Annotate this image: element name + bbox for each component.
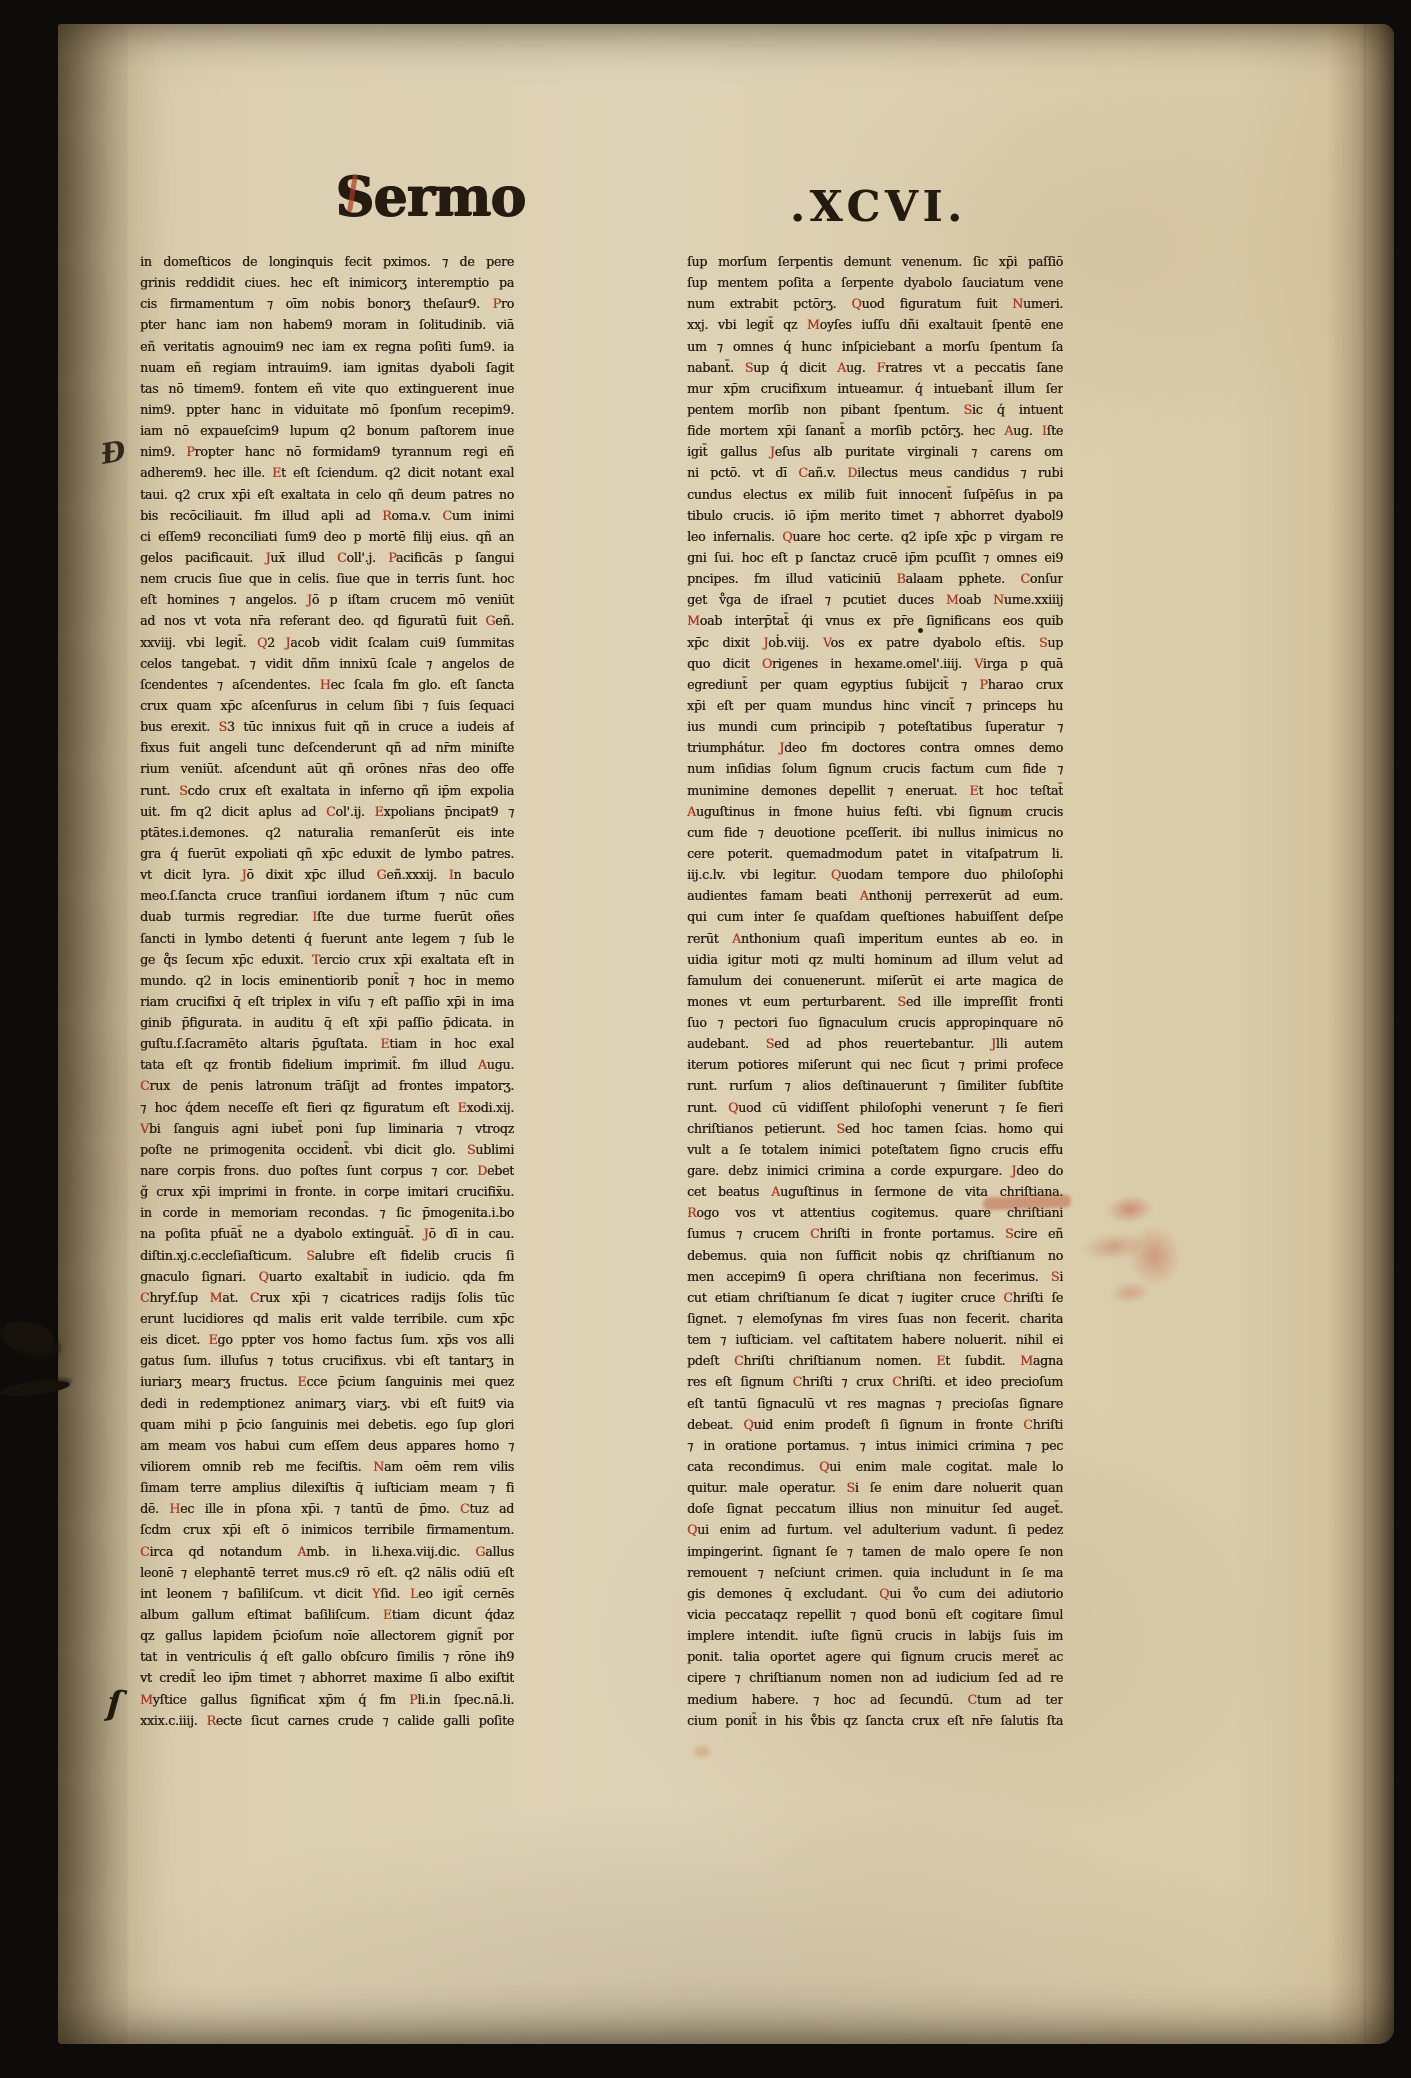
text-line: nuam eñ regiam intrauim9. iam ignitas dy… [140, 357, 514, 378]
text-line: quam mihi p p̄cio ſanguinis mei debetis.… [140, 1414, 514, 1435]
text-line: in corde in memoriam recondas. ⁊ ſic p̄m… [140, 1202, 514, 1223]
text-line: ius mundi cum principib ⁊ poteſtatibus ſ… [687, 716, 1063, 737]
text-line: xxviij. vbi legit̄. Q2 Jacob vidit ſcala… [140, 632, 514, 653]
text-line: ⁊ in oratione portamus. ⁊ intus inimici … [687, 1435, 1063, 1456]
text-line: rerūt Anthonium quaſi imperitum euntes a… [687, 928, 1063, 949]
text-line: men accepim9 ſi opera chriſtiana non fec… [687, 1266, 1063, 1287]
text-line: Circa qd notandum Amb. in li.hexa.viij.d… [140, 1541, 514, 1562]
text-line: ginib p̄figurata. in auditu q̄ eſt xp̄i … [140, 1012, 514, 1033]
text-line: bis recōciliauit. fm illud apli ad Roma.… [140, 505, 514, 526]
text-line: grinis reddidit ciues. hec eſt inimicorʒ… [140, 272, 514, 293]
text-line: gelos pacificauit. Jux̄ illud Coll'.j. P… [140, 547, 514, 568]
text-line: doſe ſignat peccatum illius non minuitur… [687, 1498, 1063, 1519]
text-line: qz gallus lapidem p̄cioſum noīe allector… [140, 1625, 514, 1646]
text-line: debeat. Quid enim prodeſt ſi ſignum in f… [687, 1414, 1063, 1435]
page-fore-edge [1328, 24, 1394, 2044]
text-line: diſtin.xj.c.eccleſiaſticum. Salubre eſt … [140, 1245, 514, 1266]
text-line: erunt lucidiores qd malis erit valde ter… [140, 1308, 514, 1329]
text-line: vicia peccataqz repellit ⁊ quod bonū eſt… [687, 1604, 1063, 1625]
text-line: ad nos vt vota nr̄a referant deo. qd fig… [140, 610, 514, 631]
text-line: in domeſticos de longinquis fecit pximos… [140, 251, 514, 272]
ink-blot-1 [0, 1315, 57, 1359]
text-line: gatus ſum. illuſus ⁊ totus crucifixus. v… [140, 1350, 514, 1371]
text-line: nare corpis frons. duo poſtes ſunt corpu… [140, 1160, 514, 1181]
text-line: mones vt eum perturbarent. Sed ille impr… [687, 991, 1063, 1012]
text-line: nim9. Propter hanc nō formidam9 tyrannum… [140, 441, 514, 462]
text-line: ſimam terre amplius dilexiſtis q̄ iuſtic… [140, 1477, 514, 1498]
text-line: audebant. Sed ad phos reuertebantur. Jll… [687, 1033, 1063, 1054]
text-line: riam crucifixi q̄ eſt triplex in viſu ⁊ … [140, 991, 514, 1012]
text-line: xxix.c.iiij. Recte ſicut carnes crude ⁊ … [140, 1710, 514, 1731]
text-line: am meam vos habui cum eſſem deus appares… [140, 1435, 514, 1456]
text-line: album gallum eſtimat baſiliſcum. Etiam d… [140, 1604, 514, 1625]
text-line: ſuo ⁊ pectori ſuo ſignaculum crucis appr… [687, 1012, 1063, 1033]
text-line: xxj. vbi legit̄ qz Moyſes iuſſu dñi exal… [687, 314, 1063, 335]
text-line: num inſidias ſolum ſignum crucis factum … [687, 758, 1063, 779]
text-line: vult a ſe totalem inimici poteſtatem ſig… [687, 1139, 1063, 1160]
text-line: eſt homines ⁊ angelos. Jō p iſtam crucem… [140, 589, 514, 610]
text-line: ptātes.i.demones. q2 naturalia remanſerū… [140, 822, 514, 843]
text-line: remouent ⁊ neſciunt crimen. quia includu… [687, 1562, 1063, 1583]
text-line: ğ crux xp̄i imprimi in fronte. in corpe … [140, 1181, 514, 1202]
text-line: adherem9. hec ille. Et eſt ſciendum. q2 … [140, 462, 514, 483]
text-line: cipere ⁊ chriſtianum nomen non ad iudici… [687, 1667, 1063, 1688]
text-line: nem crucis ſiue que in celis. ſiue que i… [140, 568, 514, 589]
text-line: pentem morſib non pibant ſpentum. Sic q́… [687, 399, 1063, 420]
text-line: iterum potiores miſerunt qui nec ſicut ⁊… [687, 1054, 1063, 1075]
text-line: tas nō timem9. fontem eñ vite quo exting… [140, 378, 514, 399]
text-line: iij.c.lv. vbi legitur. Quodam tempore du… [687, 864, 1063, 885]
text-line: qui cum inter ſe quaſdam queſtiones habu… [687, 906, 1063, 927]
text-line: ſup mentem poſita a ſerpente dyabolo ſau… [687, 272, 1063, 293]
text-line: munimine demones depellit ⁊ eneruat. Et … [687, 780, 1063, 801]
text-line: na poſita pfuāt̄ ne a dyabolo extinguāt̄… [140, 1223, 514, 1244]
text-line: gnaculo ſignari. Quarto exaltabit̄ in iu… [140, 1266, 514, 1287]
text-line: cut etiam chriſtianum ſe dicat ⁊ iugiter… [687, 1287, 1063, 1308]
text-line: nim9. ppter hanc in viduitate mō ſponſum… [140, 399, 514, 420]
text-line: tem ⁊ iuſticiam. vel caſtitatem habere n… [687, 1329, 1063, 1350]
text-line: tata eſt qz frontib fidelium imprimit̄. … [140, 1054, 514, 1075]
text-line: res eſt ſignum Chriſti ⁊ crux Chriſti. e… [687, 1371, 1063, 1392]
text-line: triumphátur. Jdeo fm doctores contra omn… [687, 737, 1063, 758]
text-line: ge q̊s ſecum xp̄c eduxit. Tercio crux xp… [140, 949, 514, 970]
text-line: pdeſt Chriſti chriſtianum nomen. Et ſubd… [687, 1350, 1063, 1371]
text-line: eſt tantū ſignaculū vt res magnas ⁊ prec… [687, 1393, 1063, 1414]
text-line: ſcendentes ⁊ aſcendentes. Hec ſcala fm g… [140, 674, 514, 695]
text-line: audientes famam beati Anthonij perrexerū… [687, 885, 1063, 906]
text-line: ponit. talia oportet agere qui ſignum cr… [687, 1646, 1063, 1667]
text-line: Myſtice gallus ſignificat xp̄m q́ fm Pli… [140, 1689, 514, 1710]
text-line: ſup morſum ſerpentis demunt venenum. ſic… [687, 251, 1063, 272]
text-line: Vbi ſanguis agni iubet̄ poni ſup liminar… [140, 1118, 514, 1139]
text-line: uidia igitur moti qz multi hominum ad il… [687, 949, 1063, 970]
text-line: xp̄i eſt per quam mundus hinc vincit̄ ⁊ … [687, 695, 1063, 716]
text-line: Chryf.ſup Mat. Crux xp̄i ⁊ cicatrices ra… [140, 1287, 514, 1308]
text-line: impingerint. ſignant ſe ⁊ tamen de malo … [687, 1541, 1063, 1562]
text-line: chriſtianos petierunt. Sed hoc tamen ſci… [687, 1118, 1063, 1139]
text-line: eñ veritatis agnouim9 nec iam ex regna p… [140, 336, 514, 357]
text-column-left: in domeſticos de longinquis fecit pximos… [140, 251, 514, 1731]
text-line: dedi in redemptionez animarʒ viarʒ. vbi … [140, 1393, 514, 1414]
text-line: famulum dei conuenerunt. miſerūt ei arte… [687, 970, 1063, 991]
paper-stain-2 [694, 1746, 710, 1757]
text-line: debemus. quia non ſufficit nobis qz chri… [687, 1245, 1063, 1266]
text-line: pncipes. fm illud vaticiniū Balaam pphet… [687, 568, 1063, 589]
text-line: cere poterit. quemadmodum patet in vitaſ… [687, 843, 1063, 864]
text-line: iam nō expaueſcim9 lupum q2 bonum paſtor… [140, 420, 514, 441]
text-line: duab turmis regrediar. Iſte due turme fu… [140, 906, 514, 927]
running-title: Sermo [335, 164, 525, 228]
text-line: gni ſui. hoc eſt p ſanctaz crucē ip̄m pc… [687, 547, 1063, 568]
text-line: ci eſſem9 reconciliati ſum9 deo p mortē … [140, 526, 514, 547]
text-line: leo infernalis. Quare hoc certe. q2 ipſe… [687, 526, 1063, 547]
ink-speck [918, 628, 923, 633]
text-line: get v̊ga de iſrael ⁊ pcutiet duces Moab … [687, 589, 1063, 610]
text-line: Qui enim ad furtum. vel adulterium vadun… [687, 1519, 1063, 1540]
text-line: fixus fuit angeli tunc deſcenderunt qñ a… [140, 737, 514, 758]
text-line: ⁊ hoc q́dem neceſſe eſt fieri qz figurat… [140, 1097, 514, 1118]
text-line: celos tangebat. ⁊ vidit dñm innixū ſcale… [140, 653, 514, 674]
text-line: pter hanc iam non habem9 moram in ſolitu… [140, 314, 514, 335]
text-line: vt credit̄ leo ip̄m timet ⁊ abhorret max… [140, 1667, 514, 1688]
text-line: egrediunt̄ per quam egyptius ſubijcit̄ ⁊… [687, 674, 1063, 695]
text-line: medium habere. ⁊ hoc ad ſecundū. Ctum ad… [687, 1689, 1063, 1710]
text-line: poſte ne primogenita occident̄. vbi dici… [140, 1139, 514, 1160]
text-line: eis dicet. Ego ppter vos homo factus ſum… [140, 1329, 514, 1350]
text-line: dē. Hec ille in pſona xp̄i. ⁊ tantū de p… [140, 1498, 514, 1519]
paper-stain-1 [999, 810, 1008, 817]
text-line: gra q́ fuerūt expoliati qñ xp̄c eduxit d… [140, 843, 514, 864]
text-line: crux quam xp̄c aſcenſurus in celum ſibi … [140, 695, 514, 716]
text-line: runt. Quod cū vidiſſent philoſophi vener… [687, 1097, 1063, 1118]
text-column-right: ſup morſum ſerpentis demunt venenum. ſic… [687, 251, 1063, 1731]
text-line: gis demones q̄ excludant. Qui v̊o cum de… [687, 1583, 1063, 1604]
text-line: viliorem omnib reb me feciſtis. Nam oēm … [140, 1456, 514, 1477]
text-line: ſcdm crux xp̄i eſt ō inimicos terribile … [140, 1519, 514, 1540]
text-line: rium veniūt. aſcendunt aūt qñ orōnes nr̄… [140, 758, 514, 779]
text-line: xp̄c dixit Joḃ.viij. Vos ex patre dyabol… [687, 632, 1063, 653]
text-line: quo dicit Origenes in hexame.omel'.iiij.… [687, 653, 1063, 674]
text-line: tat in ventriculis q́ eſt gallo obſcuro … [140, 1646, 514, 1667]
text-line: quitur. male operatur. Si ſe enim dare n… [687, 1477, 1063, 1498]
text-line: fide mortem xp̄i ſanant̄ a morſib pctōrʒ… [687, 420, 1063, 441]
text-line: int leonem ⁊ baſiliſcum. vt dicit Yſid. … [140, 1583, 514, 1604]
text-line: ſumus ⁊ crucem Chriſti in fronte portamu… [687, 1223, 1063, 1244]
text-line: meo.ſ.ſancta cruce tranſiui iordanem iſt… [140, 885, 514, 906]
text-line: implere intendit. iuſte ſignū crucis in … [687, 1625, 1063, 1646]
text-line: cis firmamentum ⁊ oīm nobis bonorʒ theſa… [140, 293, 514, 314]
folio-number: .XCVI. [790, 182, 967, 231]
red-ink-annotation [1053, 1172, 1188, 1332]
text-line: bus erexit. S3 tūc innixus fuit qñ in cr… [140, 716, 514, 737]
text-line: cata recondimus. Qui enim male cogitat. … [687, 1456, 1063, 1477]
manuscript-nota-mark: ſ [106, 1684, 123, 1725]
text-line: num extrabit pctōrʒ. Quod figuratum fuit… [687, 293, 1063, 314]
text-line: nabant̄. Sup q́ dicit Aug. Fratres vt a … [687, 357, 1063, 378]
text-line: mundo. q2 in locis eminentiorib ponit̄ ⁊… [140, 970, 514, 991]
text-line: runt. Scdo crux eſt exaltata in inferno … [140, 780, 514, 801]
text-line: mur xp̄m crucifixum intueamur. q́ intueb… [687, 378, 1063, 399]
text-line: guſtu.ſ.ſacramēto altaris p̄guſtata. Eti… [140, 1033, 514, 1054]
text-line: ni pctō. vt dī Cañ.v. Dilectus meus cand… [687, 462, 1063, 483]
text-line: leonē ⁊ elephantē terret mus.c9 rō eſt. … [140, 1562, 514, 1583]
text-line: Crux de penis latronum trāſijt ad fronte… [140, 1075, 514, 1096]
text-line: ſignet. ⁊ elemoſynas fm vires ſuas non f… [687, 1308, 1063, 1329]
book-scan: Sermo .XCVI. in domeſticos de longinquis… [0, 0, 1411, 2078]
text-line: gare. debz inimici crimina a corde expur… [687, 1160, 1063, 1181]
text-line: cundus electus ex milib fuit innocent̄ ſ… [687, 484, 1063, 505]
text-line: iuriarʒ mearʒ fructus. Ecce p̄cium ſangu… [140, 1371, 514, 1392]
text-line: ſancti in lymbo detenti q́ fuerunt ante … [140, 928, 514, 949]
text-line: um ⁊ omnes q́ hunc inſpiciebant a morſu … [687, 336, 1063, 357]
text-line: cum fide ⁊ deuotione pceſſerit. ibi null… [687, 822, 1063, 843]
text-line: igit̄ gallus Jeſus alb puritate virginal… [687, 441, 1063, 462]
text-line: taui. q2 crux xp̄i eſt exaltata in celo … [140, 484, 514, 505]
text-line: tibulo crucis. iō ip̄m merito timet ⁊ ab… [687, 505, 1063, 526]
text-line: runt. rurſum ⁊ alios deſtinauerunt ⁊ ſim… [687, 1075, 1063, 1096]
text-line: uit. fm q2 dicit aplus ad Col'.ij. Expol… [140, 801, 514, 822]
text-line: Moab interp̄tat̄ q́i vnus ex pr̄e ſignif… [687, 610, 1063, 631]
text-line: vt dicit lyra. Jō dixit xp̄c illud Geñ.x… [140, 864, 514, 885]
text-line: cium ponit̄ in his v̊bis qz ſancta crux … [687, 1710, 1063, 1731]
